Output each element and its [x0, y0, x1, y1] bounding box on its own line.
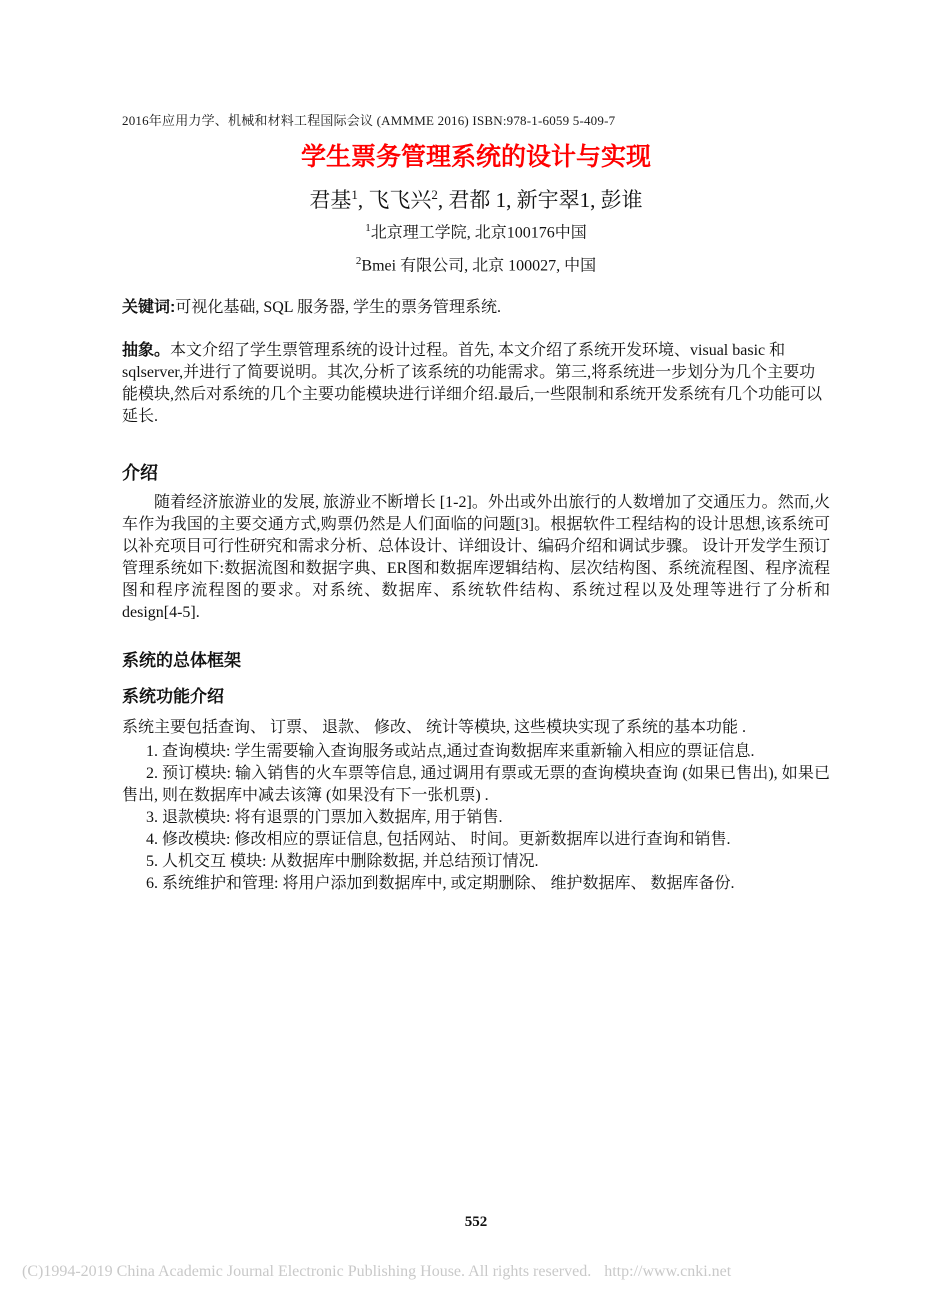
page-number: 552: [0, 1214, 952, 1231]
author-separator: ,: [506, 188, 517, 212]
abstract-label: 抽象。: [122, 342, 170, 359]
module-item-4: 4. 修改模块: 修改相应的票证信息, 包括网站、 时间。更新数据库以进行查询和…: [122, 829, 830, 851]
conference-header: 2016年应用力学、机械和材料工程国际会议 (AMMME 2016) ISBN:…: [122, 112, 830, 129]
module-list: 1. 查询模块: 学生需要输入查询服务或站点,通过查询数据库来重新输入相应的票证…: [122, 741, 830, 895]
module-item-6: 6. 系统维护和管理: 将用户添加到数据库中, 或定期删除、 维护数据库、 数据…: [122, 873, 830, 895]
module-item-5: 5. 人机交互 模块: 从数据库中删除数据, 并总结预订情况.: [122, 851, 830, 873]
module-item-1: 1. 查询模块: 学生需要输入查询服务或站点,通过查询数据库来重新输入相应的票证…: [122, 741, 830, 763]
author-4: 新宇翠1: [517, 188, 591, 212]
module-item-3: 3. 退款模块: 将有退票的门票加入数据库, 用于销售.: [122, 807, 830, 829]
affiliation-2: 2Bmei 有限公司, 北京 100027, 中国: [122, 247, 830, 280]
affiliation-1-text: 北京理工学院, 北京100176中国: [371, 224, 587, 241]
abstract-text: 本文介绍了学生票管理系统的设计过程。首先, 本文介绍了系统开发环境、visual…: [122, 342, 822, 425]
author-1: 君基: [309, 188, 351, 212]
keywords-text: 可视化基础, SQL 服务器, 学生的票务管理系统.: [175, 299, 501, 316]
abstract-paragraph: 抽象。本文介绍了学生票管理系统的设计过程。首先, 本文介绍了系统开发环境、vis…: [122, 340, 830, 428]
paper-content: 2016年应用力学、机械和材料工程国际会议 (AMMME 2016) ISBN:…: [0, 0, 952, 895]
intro-heading: 介绍: [122, 461, 830, 485]
copyright-text: (C)1994-2019 China Academic Journal Elec…: [22, 1263, 591, 1280]
module-item-2: 2. 预订模块: 输入销售的火车票等信息, 通过调用有票或无票的查询模块查询 (…: [122, 763, 830, 807]
affiliation-2-text: Bmei 有限公司, 北京 100027, 中国: [361, 258, 596, 275]
paper-page: 2016年应用力学、机械和材料工程国际会议 (AMMME 2016) ISBN:…: [0, 0, 952, 1309]
author-2: 飞飞兴: [368, 188, 431, 212]
author-separator: ,: [590, 188, 601, 212]
paper-title: 学生票务管理系统的设计与实现: [122, 142, 830, 172]
keywords-label: 关键词:: [122, 299, 175, 316]
intro-paragraph: 随着经济旅游业的发展, 旅游业不断增长 [1-2]。外出或外出旅行的人数增加了交…: [122, 492, 830, 624]
author-5: 彭谁: [601, 188, 643, 212]
author-separator: ,: [438, 188, 449, 212]
copyright-notice: (C)1994-2019 China Academic Journal Elec…: [22, 1261, 731, 1282]
functions-intro-paragraph: 系统主要包括查询、 订票、 退款、 修改、 统计等模块, 这些模块实现了系统的基…: [122, 717, 830, 739]
authors-line: 君基1, 飞飞兴2, 君都 1, 新宇翠1, 彭谁: [122, 181, 830, 214]
keywords-line: 关键词:可视化基础, SQL 服务器, 学生的票务管理系统.: [122, 297, 830, 319]
functions-heading: 系统功能介绍: [122, 685, 830, 708]
author-3: 君都 1: [448, 188, 506, 212]
affiliation-1: 1北京理工学院, 北京100176中国: [122, 214, 830, 247]
framework-heading: 系统的总体框架: [122, 649, 830, 673]
cnki-url: http://www.cnki.net: [604, 1263, 731, 1280]
author-separator: ,: [358, 188, 369, 212]
